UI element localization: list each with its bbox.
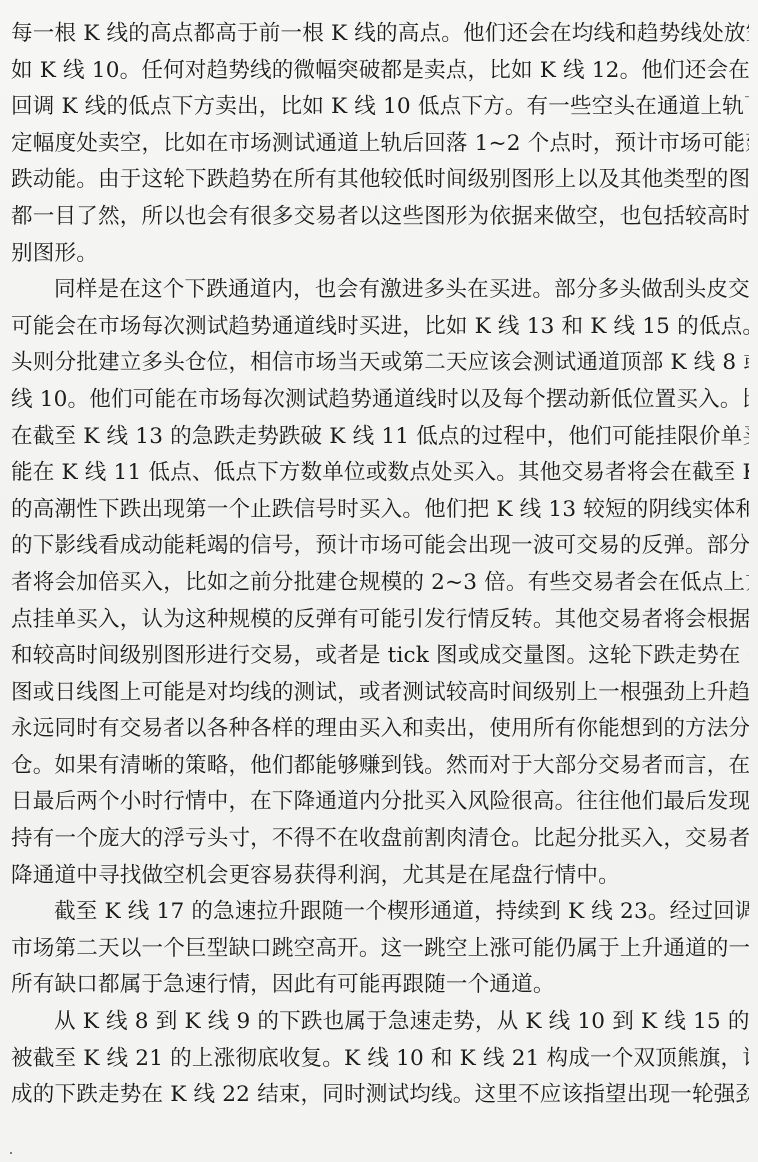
paragraph-2: 同样是在这个下跌通道内，也会有激进多头在买进。部分多头做刮头皮交易， 可能会在市… — [11, 272, 749, 894]
paragraph-1: 每一根 K 线的高点都高于前一根 K 线的高点。他们还会在均线和趋势线处放空，比… — [11, 16, 749, 272]
text-line: 回调 K 线的低点下方卖出，比如 K 线 10 低点下方。有一些空头在通道上轨下… — [11, 89, 749, 126]
text-line: 持有一个庞大的浮亏头寸，不得不在收盘前割肉清仓。比起分批买入，交易者在下 — [11, 821, 749, 858]
paragraph-4: 从 K 线 8 到 K 线 9 的下跌也属于急速走势，从 K 线 10 到 K … — [11, 1004, 749, 1114]
text-line: 市场第二天以一个巨型缺口跳空高开。这一跳空上涨可能仍属于上升通道的一部分。 — [11, 931, 749, 968]
text-line: 线 10。他们可能在市场每次测试趋势通道线时以及每个摆动新低位置买入。比如说， — [11, 382, 749, 419]
scanned-book-page: 每一根 K 线的高点都高于前一根 K 线的高点。他们还会在均线和趋势线处放空，比… — [0, 0, 758, 1162]
text-line: 和较高时间级别图形进行交易，或者是 tick 图或成交量图。这轮下跌走势在 60… — [11, 638, 749, 675]
text-line: 的高潮性下跌出现第一个止跌信号时买入。他们把 K 线 13 较短的阴线实体和较长 — [11, 492, 749, 529]
text-line: 成的下跌走势在 K 线 22 结束，同时测试均线。这里不应该指望出现一轮强劲下跌… — [11, 1077, 749, 1114]
text-line: 者将会加倍买入，比如之前分批建仓规模的 2~3 倍。有些交易者会在低点上方 2 … — [11, 565, 749, 602]
text-line: 点挂单买入，认为这种规模的反弹有可能引发行情反转。其他交易者将会根据较低 — [11, 602, 749, 639]
text-line: 从 K 线 8 到 K 线 9 的下跌也属于急速走势，从 K 线 10 到 K … — [11, 1004, 749, 1041]
text-line: 在截至 K 线 13 的急跌走势跌破 K 线 11 低点的过程中，他们可能挂限价… — [11, 419, 749, 456]
text-line: 所有缺口都属于急速行情，因此有可能再跟随一个通道。 — [11, 967, 749, 1004]
paragraph-3: 截至 K 线 17 的急速拉升跟随一个楔形通道，持续到 K 线 23。经过回调之… — [11, 894, 749, 1004]
text-line: 截至 K 线 17 的急速拉升跟随一个楔形通道，持续到 K 线 23。经过回调之… — [11, 894, 749, 931]
text-line: 跌动能。由于这轮下跌趋势在所有其他较低时间级别图形上以及其他类型的图形上 — [11, 162, 749, 199]
text-line: 仓。如果有清晰的策略，他们都能够赚到钱。然而对于大部分交易者而言，在交易 — [11, 748, 749, 785]
text-line: 定幅度处卖空，比如在市场测试通道上轨后回落 1~2 个点时，预计市场可能延续下 — [11, 126, 749, 163]
text-line: 同样是在这个下跌通道内，也会有激进多头在买进。部分多头做刮头皮交易， — [11, 272, 749, 309]
text-line: 永远同时有交易者以各种各样的理由买入和卖出，使用所有你能想到的方法分批建 — [11, 711, 749, 748]
text-line: 每一根 K 线的高点都高于前一根 K 线的高点。他们还会在均线和趋势线处放空，比 — [11, 16, 749, 53]
text-line: 的下影线看成动能耗竭的信号，预计市场可能会出现一波可交易的反弹。部分交易 — [11, 528, 749, 565]
scan-artifact-dot — [10, 1152, 12, 1154]
text-line: 能在 K 线 11 低点、低点下方数单位或数点处买入。其他交易者将会在截至 K … — [11, 455, 749, 492]
body-text: 每一根 K 线的高点都高于前一根 K 线的高点。他们还会在均线和趋势线处放空，比… — [11, 16, 749, 1114]
text-line: 日最后两个小时行情中，在下降通道内分批买入风险很高。往往他们最后发现自己 — [11, 784, 749, 821]
text-line: 如 K 线 10。任何对趋势线的微幅突破都是卖点，比如 K 线 12。他们还会在… — [11, 53, 749, 90]
text-line: 被截至 K 线 21 的上涨彻底收复。K 线 10 和 K 线 21 构成一个双… — [11, 1041, 749, 1078]
text-line: 图或日线图上可能是对均线的测试，或者测试较高时间级别上一根强劲上升趋势线。 — [11, 675, 749, 712]
text-line: 头则分批建立多头仓位，相信市场当天或第二天应该会测试通道顶部 K 线 8 或者 … — [11, 345, 749, 382]
text-line: 都一目了然，所以也会有很多交易者以这些图形为依据来做空，也包括较高时间级 — [11, 199, 749, 236]
text-line: 可能会在市场每次测试趋势通道线时买进，比如 K 线 13 和 K 线 15 的低… — [11, 309, 749, 346]
text-line: 降通道中寻找做空机会更容易获得利润，尤其是在尾盘行情中。 — [11, 858, 749, 895]
text-line: 别图形。 — [11, 236, 749, 273]
